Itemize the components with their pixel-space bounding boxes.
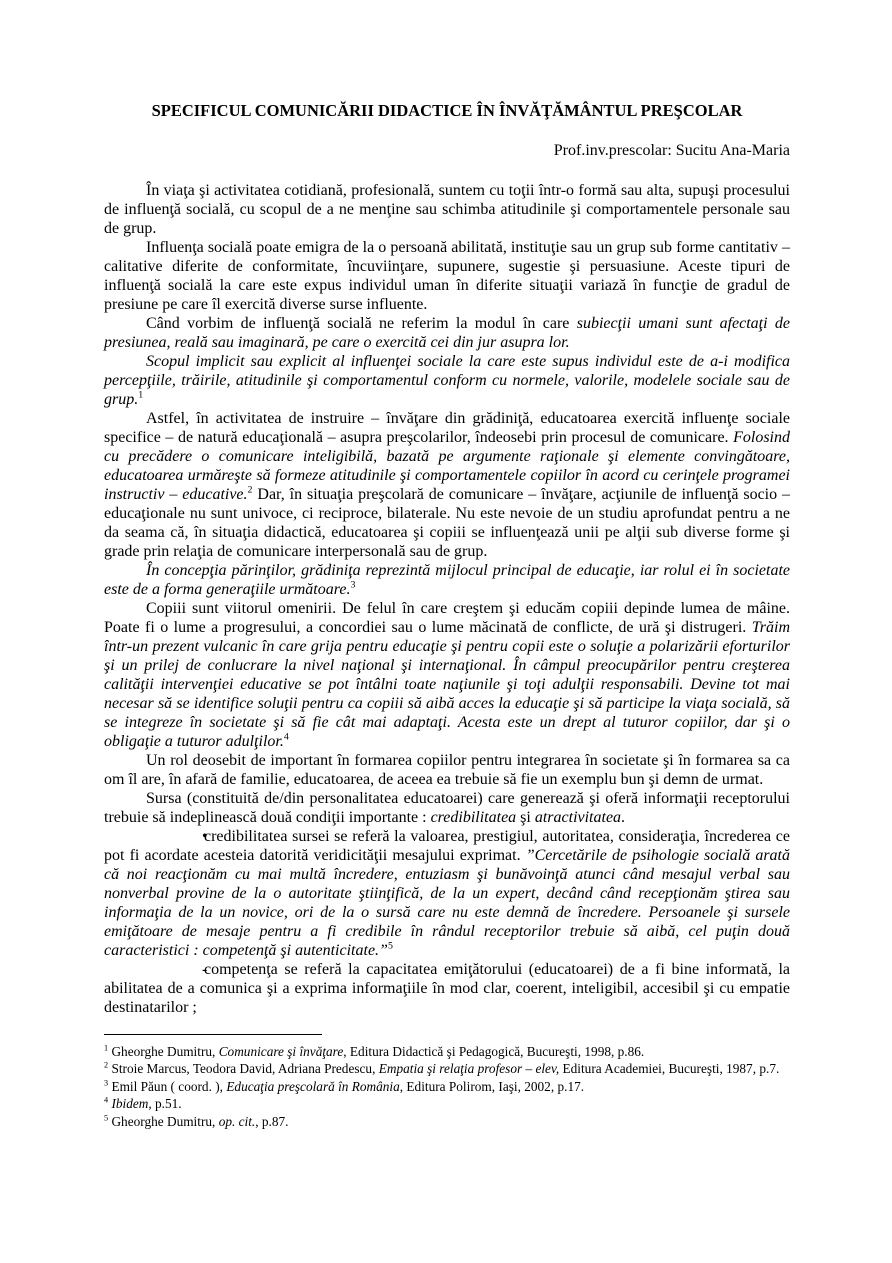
text-segment: Empatia şi relaţia profesor – elev,	[379, 1061, 559, 1076]
footnote-number: 5	[104, 1113, 108, 1122]
footnote: 2 Stroie Marcus, Teodora David, Adriana …	[104, 1060, 790, 1077]
text-segment: , Editura Polirom, Iaşi, 2002, p.17.	[400, 1079, 584, 1094]
text-segment: Ibidem,	[111, 1096, 151, 1111]
footnote-ref: 1	[138, 390, 143, 401]
paragraph: Un rol deosebit de important în formarea…	[104, 751, 790, 789]
text-segment: credibilitatea	[431, 809, 517, 826]
text-segment: Gheorghe Dumitru,	[111, 1044, 218, 1059]
footnote-separator	[104, 1034, 322, 1035]
paragraph: Sursa (constituită de/din personalitatea…	[104, 789, 790, 827]
text-segment: Comunicare şi învăţare	[219, 1044, 344, 1059]
text-segment: Emil Păun ( coord. ),	[111, 1079, 226, 1094]
footnote: 3 Emil Păun ( coord. ), Educaţia preşcol…	[104, 1078, 790, 1095]
text-segment: p.51.	[152, 1096, 182, 1111]
paragraph: În concepţia părinţilor, grădiniţa repre…	[104, 561, 790, 599]
footnote-number: 4	[104, 1096, 108, 1105]
text-segment: Un rol deosebit de important în formarea…	[104, 752, 790, 788]
text-segment: În viaţa şi activitatea cotidiană, profe…	[104, 182, 790, 237]
footnotes-section: 1 Gheorghe Dumitru, Comunicare şi învăţa…	[104, 1034, 790, 1130]
footnote-number: 2	[104, 1061, 108, 1070]
footnote-ref: 5	[388, 941, 393, 952]
footnote-number: 3	[104, 1078, 108, 1087]
text-segment: Copiii sunt viitorul omenirii. De felul …	[104, 600, 790, 636]
document-page: SPECIFICUL COMUNICĂRII DIDACTICE ÎN ÎNVĂ…	[0, 0, 892, 1263]
document-content: SPECIFICUL COMUNICĂRII DIDACTICE ÎN ÎNVĂ…	[104, 101, 790, 1017]
text-segment: Când vorbim de influenţă socială ne refe…	[146, 315, 577, 332]
text-segment: Gheorghe Dumitru,	[111, 1114, 218, 1129]
footnote-number: 1	[104, 1044, 108, 1053]
text-segment: Editura Academiei, Bucureşti, 1987, p.7.	[559, 1061, 779, 1076]
body-text: În viaţa şi activitatea cotidiană, profe…	[104, 181, 790, 1017]
footnote-ref: 3	[350, 580, 355, 591]
text-segment: Astfel, în activitatea de instruire – în…	[104, 410, 790, 446]
text-segment: Stroie Marcus, Teodora David, Adriana Pr…	[111, 1061, 378, 1076]
text-segment: Influenţa socială poate emigra de la o p…	[104, 239, 790, 313]
footnote: 1 Gheorghe Dumitru, Comunicare şi învăţa…	[104, 1043, 790, 1060]
paragraph: Astfel, în activitatea de instruire – în…	[104, 409, 790, 561]
footnote-ref: 4	[284, 732, 289, 743]
paragraph: Copiii sunt viitorul omenirii. De felul …	[104, 599, 790, 751]
text-segment: , Editura Didactică şi Pedagogică, Bucur…	[343, 1044, 644, 1059]
text-segment: În concepţia părinţilor, grădiniţa repre…	[104, 562, 790, 598]
text-segment: Educaţia preşcolară în România	[226, 1079, 399, 1094]
text-segment: atractivitatea	[535, 809, 621, 826]
dash-marker: -	[153, 960, 204, 979]
footnote: 5 Gheorghe Dumitru, op. cit., p.87.	[104, 1113, 790, 1130]
bullet-paragraph: •credibilitatea sursei se referă la valo…	[104, 827, 790, 960]
text-segment: Trăim într-un prezent vulcanic în care g…	[104, 619, 790, 750]
dash-paragraph: -competenţa se referă la capacitatea emi…	[104, 960, 790, 1017]
document-title: SPECIFICUL COMUNICĂRII DIDACTICE ÎN ÎNVĂ…	[104, 101, 790, 121]
bullet-marker: •	[153, 827, 204, 846]
text-segment: .	[621, 809, 625, 826]
paragraph: Influenţa socială poate emigra de la o p…	[104, 238, 790, 314]
text-segment: Scopul implicit sau explicit al influenţ…	[104, 353, 790, 408]
text-segment: , p.87.	[255, 1114, 288, 1129]
text-segment: op. cit.	[219, 1114, 256, 1129]
paragraph: Scopul implicit sau explicit al influenţ…	[104, 352, 790, 409]
footnote-list: 1 Gheorghe Dumitru, Comunicare şi învăţa…	[104, 1043, 790, 1130]
text-segment: competenţa se referă la capacitatea emiţ…	[104, 961, 790, 1016]
text-segment: şi	[516, 809, 535, 826]
paragraph: În viaţa şi activitatea cotidiană, profe…	[104, 181, 790, 238]
author-line: Prof.inv.prescolar: Sucitu Ana-Maria	[104, 141, 790, 161]
footnote: 4 Ibidem, p.51.	[104, 1095, 790, 1112]
paragraph: Când vorbim de influenţă socială ne refe…	[104, 314, 790, 352]
